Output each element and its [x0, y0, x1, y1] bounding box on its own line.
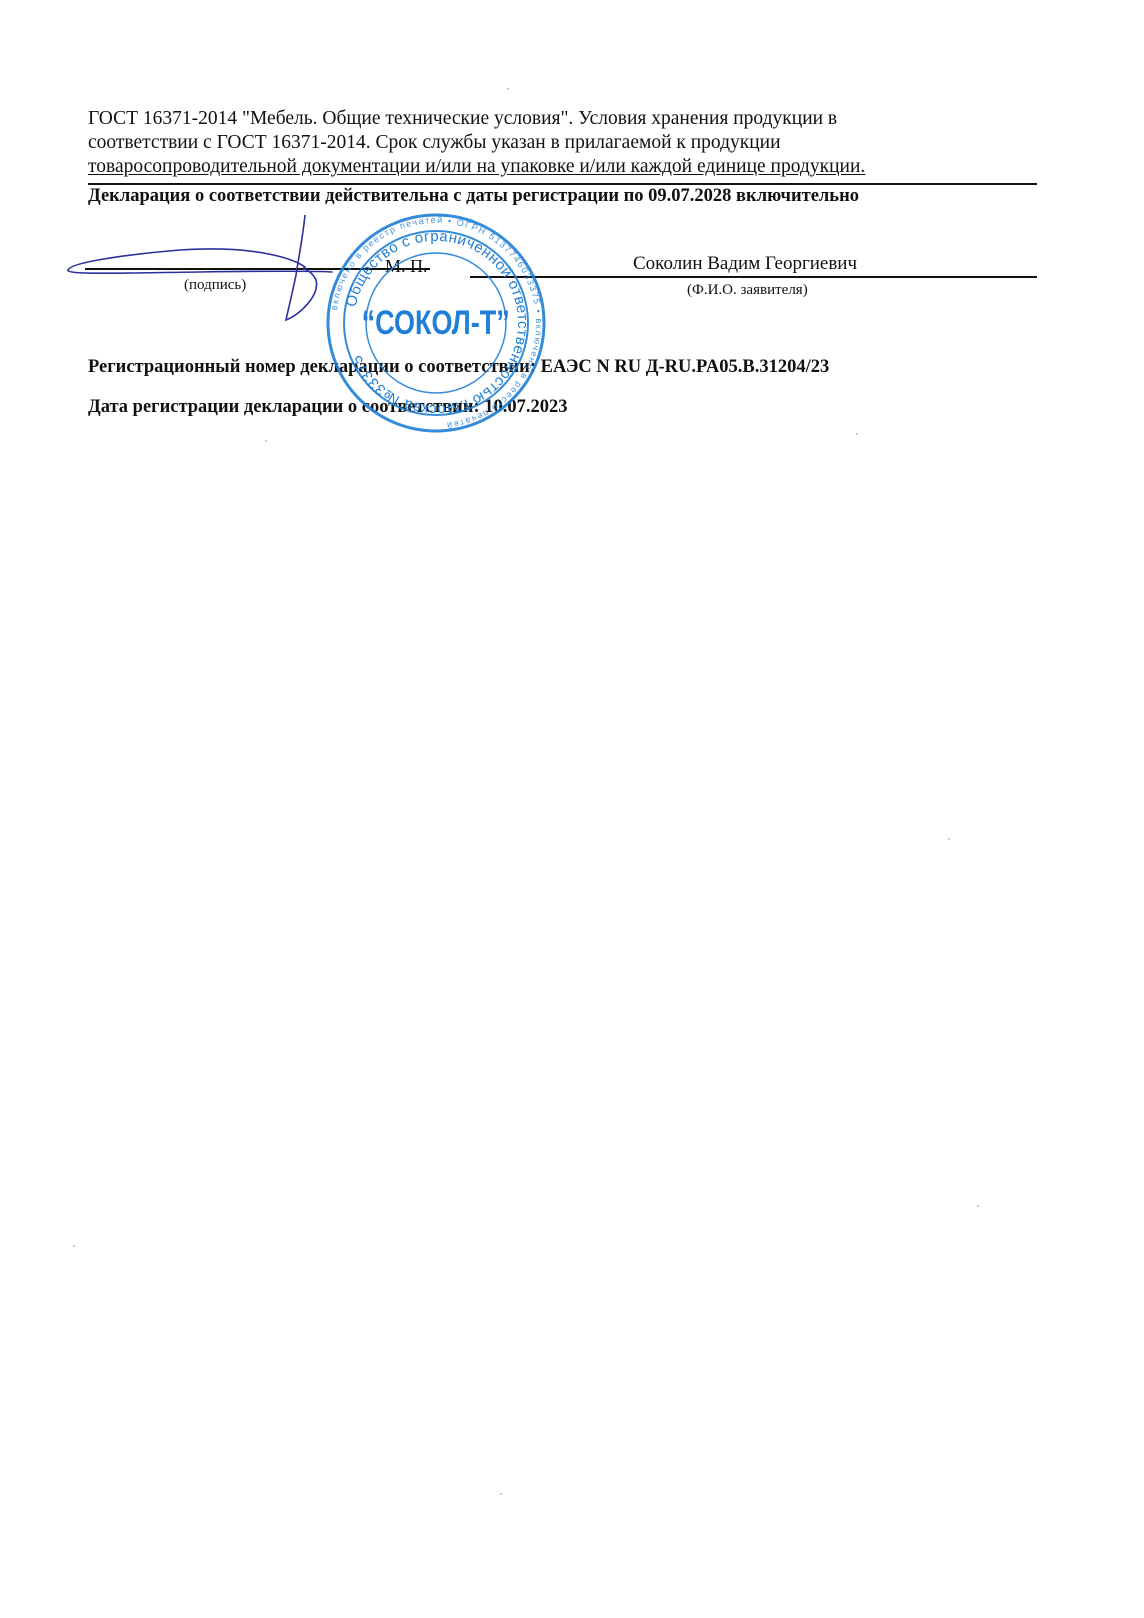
scan-speck	[948, 838, 950, 840]
paragraph-line-1: ГОСТ 16371-2014 "Мебель. Общие техническ…	[88, 108, 837, 130]
scan-speck	[500, 1493, 502, 1495]
handwritten-signature-icon	[60, 215, 360, 325]
validity-statement: Декларация о соответствии действительна …	[88, 186, 859, 207]
scan-speck	[73, 1245, 75, 1247]
paragraph-line-3: товаросопроводительной документации и/ил…	[88, 156, 865, 178]
applicant-name: Соколин Вадим Георгиевич	[633, 253, 857, 275]
scan-speck	[507, 88, 509, 90]
scan-speck	[265, 440, 267, 442]
divider-line	[88, 183, 1037, 185]
scan-speck	[856, 433, 858, 435]
applicant-line	[470, 276, 1037, 278]
applicant-caption: (Ф.И.О. заявителя)	[687, 282, 808, 299]
paragraph-line-2: соответствии с ГОСТ 16371-2014. Срок слу…	[88, 132, 781, 154]
scan-speck	[977, 1205, 979, 1207]
svg-text:“СОКОЛ-Т”: “СОКОЛ-Т”	[362, 303, 510, 342]
